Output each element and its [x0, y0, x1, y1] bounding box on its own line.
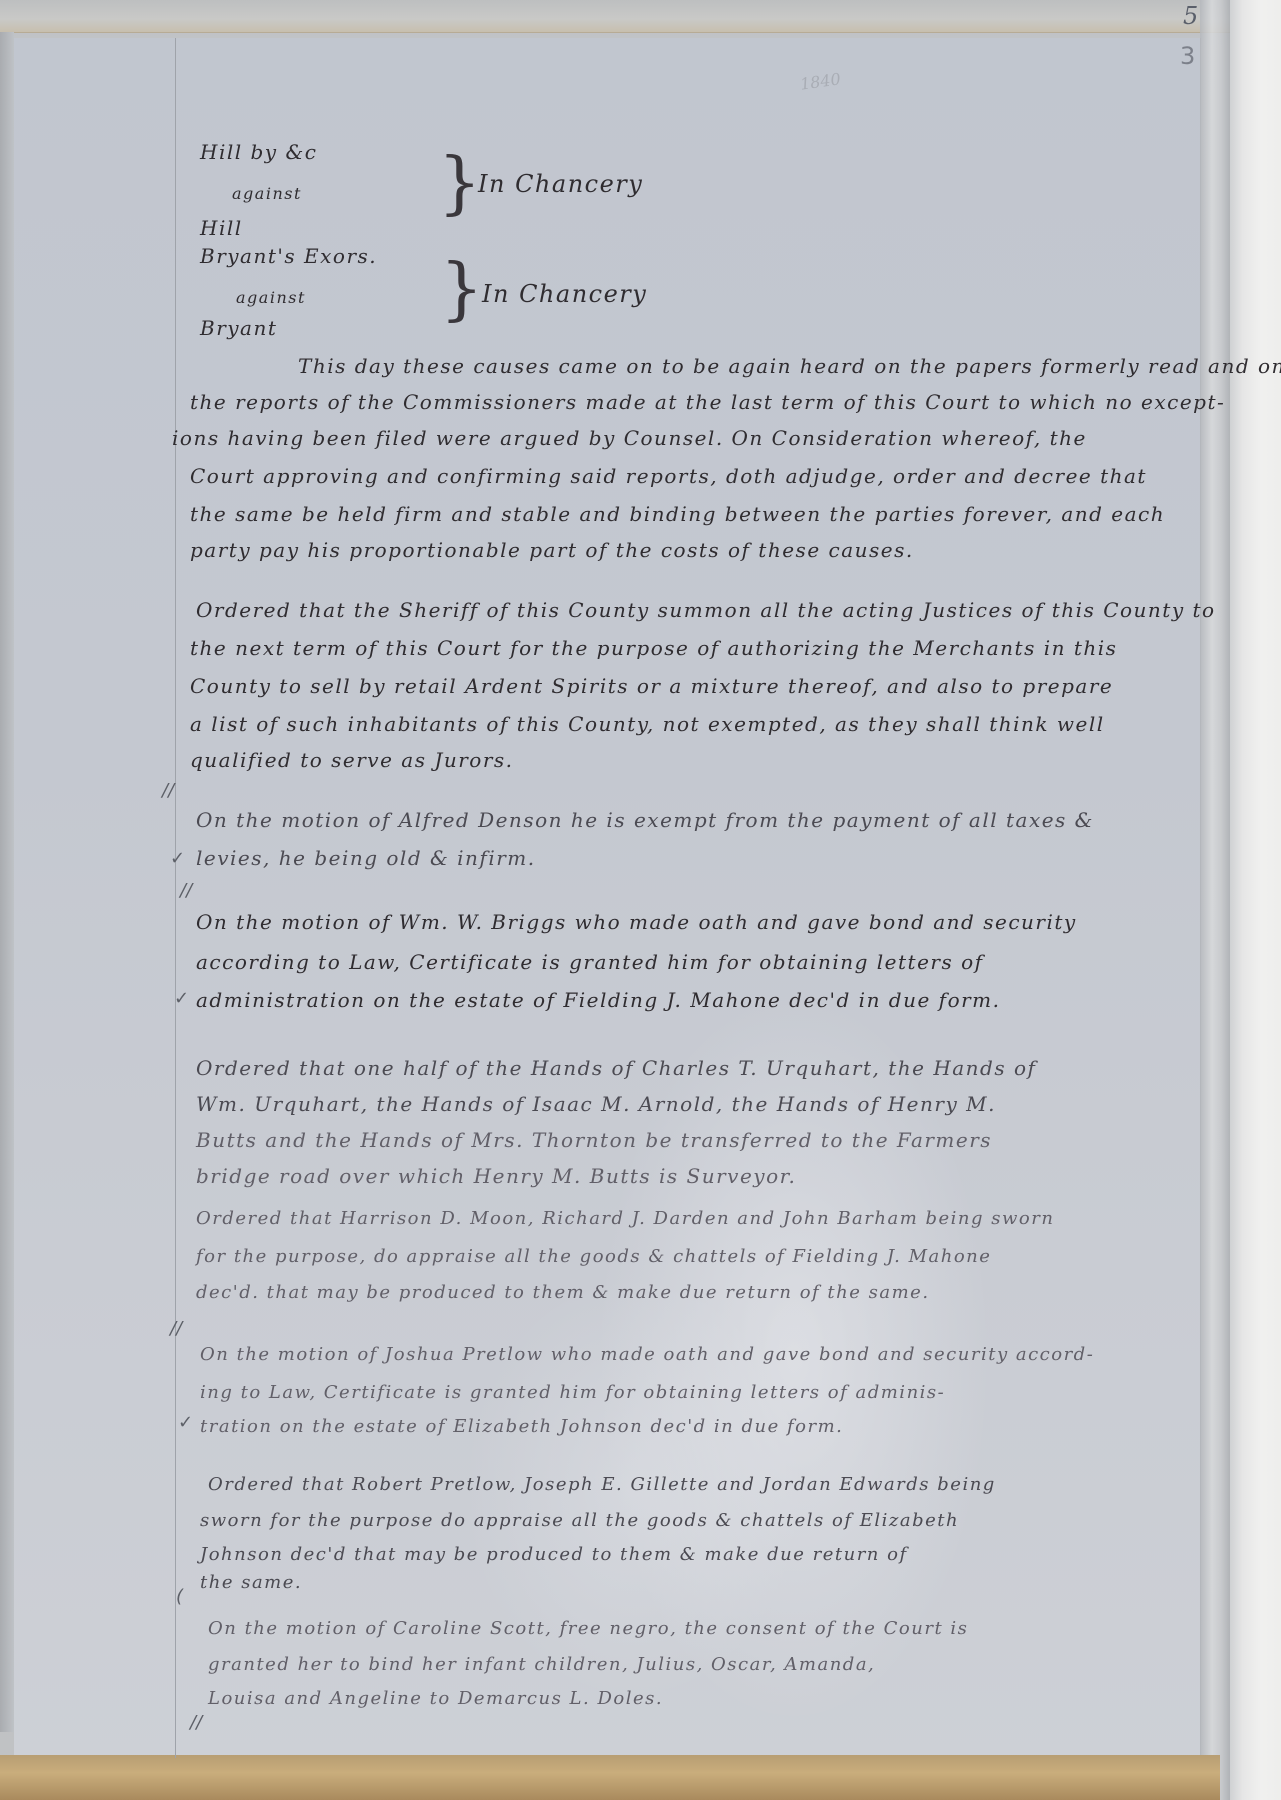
- entry-line: Butts and the Hands of Mrs. Thornton be …: [196, 1130, 992, 1150]
- entry-line: Johnson dec'd that may be produced to th…: [200, 1546, 908, 1564]
- check-mark-icon: ✓: [178, 1412, 193, 1433]
- entry-line: Wm. Urquhart, the Hands of Isaac M. Arno…: [196, 1094, 996, 1114]
- entry-line: a list of such inhabitants of this Count…: [190, 714, 1105, 734]
- entry-line: Louisa and Angeline to Demarcus L. Doles…: [208, 1690, 663, 1708]
- top-paper-strip: 5: [0, 0, 1240, 33]
- caption-against: against: [232, 186, 302, 202]
- entry-line: party pay his proportionable part of the…: [190, 540, 914, 560]
- entry-line: Ordered that the Sheriff of this County …: [196, 600, 1216, 620]
- entry-line: Ordered that Robert Pretlow, Joseph E. G…: [208, 1476, 996, 1494]
- entry-line: sworn for the purpose do appraise all th…: [200, 1512, 959, 1530]
- entry-line: for the purpose, do appraise all the goo…: [196, 1248, 991, 1266]
- top-strip-page-number: 5: [1183, 2, 1198, 30]
- entry-line: On the motion of Joshua Pretlow who made…: [200, 1346, 1094, 1364]
- entry-line: Ordered that Harrison D. Moon, Richard J…: [196, 1210, 1054, 1228]
- entry-line: County to sell by retail Ardent Spirits …: [190, 676, 1113, 696]
- entry-line: Court approving and confirming said repo…: [190, 466, 1147, 486]
- check-mark-icon: ✓: [170, 848, 185, 869]
- entry-line: qualified to serve as Jurors.: [190, 750, 514, 770]
- caption-court: In Chancery: [482, 282, 647, 306]
- entry-line: the reports of the Commissioners made at…: [190, 392, 1225, 412]
- caption-party: Bryant: [200, 318, 277, 338]
- caption-party: Bryant's Exors.: [200, 246, 377, 266]
- margin-rule-line: [175, 38, 176, 1758]
- entry-line: ions having been filed were argued by Co…: [172, 428, 1087, 448]
- entry-line: tration on the estate of Elizabeth Johns…: [200, 1418, 843, 1436]
- entry-line: dec'd. that may be produced to them & ma…: [196, 1284, 930, 1302]
- entry-line: administration on the estate of Fielding…: [196, 990, 1001, 1010]
- entry-line: This day these causes came on to be agai…: [298, 356, 1281, 376]
- brace-icon: }: [438, 150, 481, 218]
- check-mark-icon: ✓: [174, 988, 189, 1009]
- caption-party: Hill by &c: [200, 142, 317, 162]
- margin-mark: //: [190, 1712, 202, 1733]
- entry-line: according to Law, Certificate is granted…: [196, 952, 984, 972]
- entry-line: On the motion of Alfred Denson he is exe…: [196, 810, 1094, 830]
- entry-line: ing to Law, Certificate is granted him f…: [200, 1384, 945, 1402]
- margin-mark: (: [176, 1586, 183, 1607]
- background-right: [1230, 0, 1281, 1800]
- entry-line: levies, he being old & infirm.: [196, 848, 536, 868]
- entry-line: the same.: [200, 1574, 302, 1592]
- left-binding-edge: [0, 32, 14, 1732]
- entry-line: Ordered that one half of the Hands of Ch…: [196, 1058, 1036, 1078]
- entry-line: On the motion of Caroline Scott, free ne…: [208, 1620, 968, 1638]
- entry-line: the next term of this Court for the purp…: [190, 638, 1117, 658]
- entry-line: granted her to bind her infant children,…: [208, 1656, 875, 1674]
- page-number: 3: [1180, 42, 1195, 70]
- protective-sleeve-edge: [1200, 0, 1230, 1800]
- margin-mark: //: [162, 780, 174, 801]
- entry-line: On the motion of Wm. W. Briggs who made …: [196, 912, 1077, 932]
- caption-court: In Chancery: [478, 172, 643, 196]
- entry-line: the same be held firm and stable and bin…: [190, 504, 1165, 524]
- entry-line: bridge road over which Henry M. Butts is…: [196, 1166, 796, 1186]
- brace-icon: }: [440, 256, 483, 324]
- caption-party: Hill: [200, 218, 243, 238]
- caption-against: against: [236, 290, 306, 306]
- margin-mark: //: [170, 1318, 182, 1339]
- margin-mark: //: [180, 880, 192, 901]
- wooden-table-surface: [0, 1755, 1220, 1800]
